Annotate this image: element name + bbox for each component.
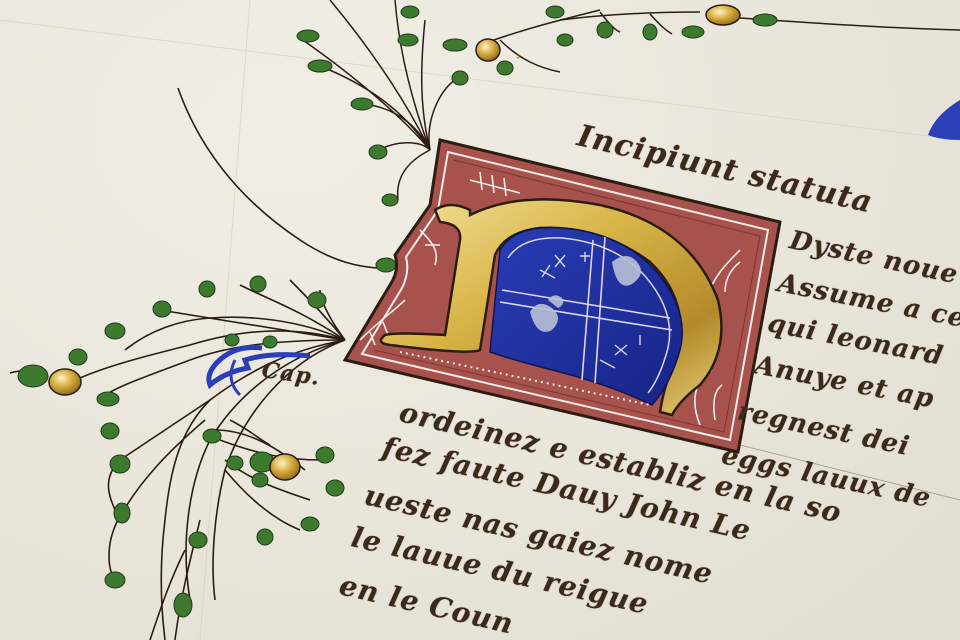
manuscript-photo: Incipiunt statuta Dyste noue Assume a ce… bbox=[0, 0, 960, 640]
top-penwork-spray bbox=[300, 0, 960, 200]
illumination-artwork bbox=[0, 0, 960, 640]
hairline-flourish bbox=[178, 88, 395, 268]
blue-rubric-c bbox=[209, 347, 310, 385]
blue-initial-fragment bbox=[928, 100, 960, 140]
